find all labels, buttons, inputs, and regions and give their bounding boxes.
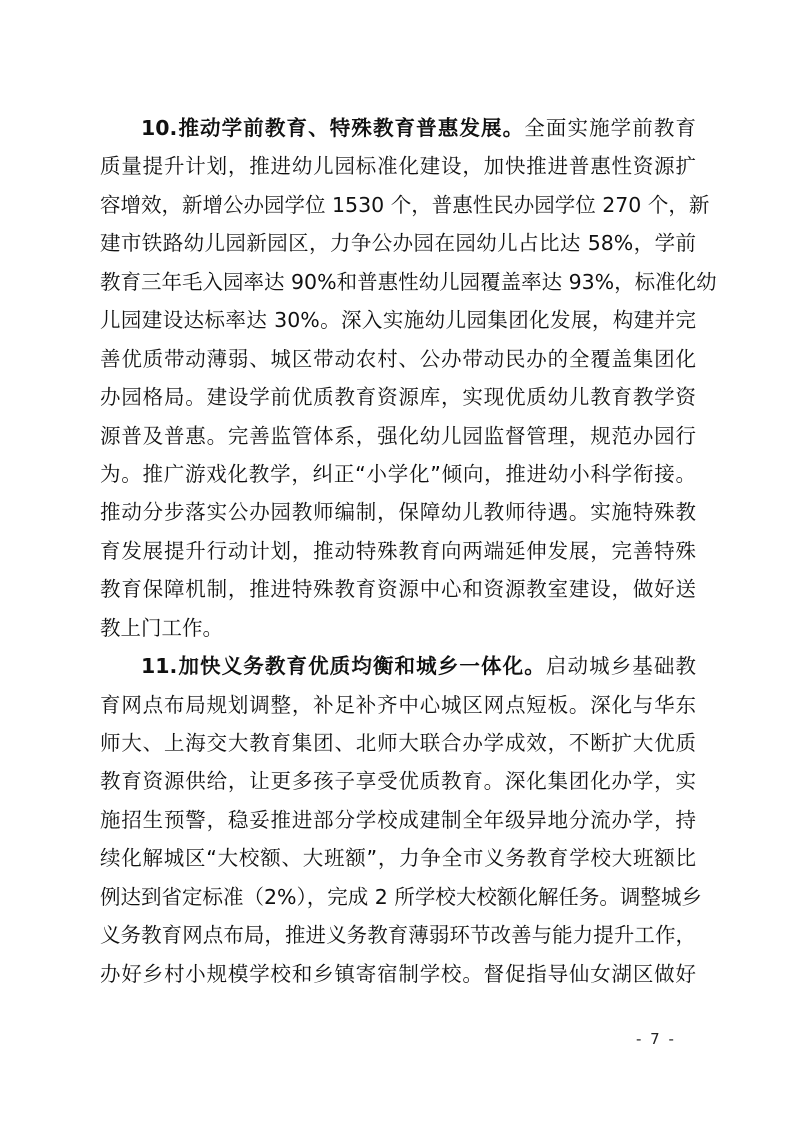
paragraph-line: 源普及普惠。完善监管体系，强化幼儿园监督管理，规范办园行: [100, 417, 696, 455]
paragraph-line: 例达到省定标准（2%），完成 2 所学校大校额化解任务。调整城乡: [100, 878, 696, 916]
paragraph-line: 教上门工作。: [100, 609, 696, 647]
paragraph-line: 办好乡村小规模学校和乡镇寄宿制学校。督促指导仙女湖区做好: [100, 955, 696, 993]
paragraph-line: 建市铁路幼儿园新园区，力争公办园在园幼儿占比达 58%，学前: [100, 224, 696, 262]
paragraph-line: 容增效，新增公办园学位 1530 个，普惠性民办园学位 270 个，新: [100, 186, 696, 224]
section-11-first-line: 11.加快义务教育优质均衡和城乡一体化。启动城乡基础教: [100, 647, 696, 685]
section-10-first-line: 10.推动学前教育、特殊教育普惠发展。全面实施学前教育: [100, 109, 696, 147]
section-number: 10.: [141, 116, 177, 140]
paragraph-line: 办园格局。建设学前优质教育资源库，实现优质幼儿教育教学资: [100, 378, 696, 416]
paragraph-line: 义务教育网点布局，推进义务教育薄弱环节改善与能力提升工作，: [100, 916, 696, 954]
paragraph-line: 推动分步落实公办园教师编制，保障幼儿教师待遇。实施特殊教: [100, 493, 696, 531]
paragraph-text: 启动城乡基础教: [546, 654, 696, 678]
paragraph-line: 儿园建设达标率达 30%。深入实施幼儿园集团化发展，构建并完: [100, 301, 696, 339]
section-heading: 加快义务教育优质均衡和城乡一体化。: [177, 654, 546, 678]
paragraph-line: 育网点布局规划调整，补足补齐中心城区网点短板。深化与华东: [100, 686, 696, 724]
paragraph-line: 施招生预警，稳妥推进部分学校成建制全年级异地分流办学，持: [100, 801, 696, 839]
paragraph-line: 教育三年毛入园率达 90%和普惠性幼儿园覆盖率达 93%，标准化幼: [100, 263, 696, 301]
paragraph-text: 全面实施学前教育: [524, 116, 696, 140]
paragraph-line: 质量提升计划，推进幼儿园标准化建设，加快推进普惠性资源扩: [100, 147, 696, 185]
paragraph-line: 师大、上海交大教育集团、北师大联合办学成效，不断扩大优质: [100, 724, 696, 762]
section-heading: 推动学前教育、特殊教育普惠发展。: [177, 116, 524, 140]
paragraph-line: 教育保障机制，推进特殊教育资源中心和资源教室建设，做好送: [100, 570, 696, 608]
paragraph-line: 育发展提升行动计划，推动特殊教育向两端延伸发展，完善特殊: [100, 532, 696, 570]
document-body: 10.推动学前教育、特殊教育普惠发展。全面实施学前教育 质量提升计划，推进幼儿园…: [100, 109, 696, 993]
document-page: 10.推动学前教育、特殊教育普惠发展。全面实施学前教育 质量提升计划，推进幼儿园…: [0, 0, 793, 1122]
section-number: 11.: [141, 654, 177, 678]
paragraph-line: 善优质带动薄弱、城区带动农村、公办带动民办的全覆盖集团化: [100, 340, 696, 378]
page-number: - 7 -: [636, 1030, 676, 1048]
paragraph-line: 续化解城区“大校额、大班额”，力争全市义务教育学校大班额比: [100, 839, 696, 877]
paragraph-line: 教育资源供给，让更多孩子享受优质教育。深化集团化办学，实: [100, 762, 696, 800]
paragraph-line: 为。推广游戏化教学，纠正“小学化”倾向，推进幼小科学衔接。: [100, 455, 696, 493]
